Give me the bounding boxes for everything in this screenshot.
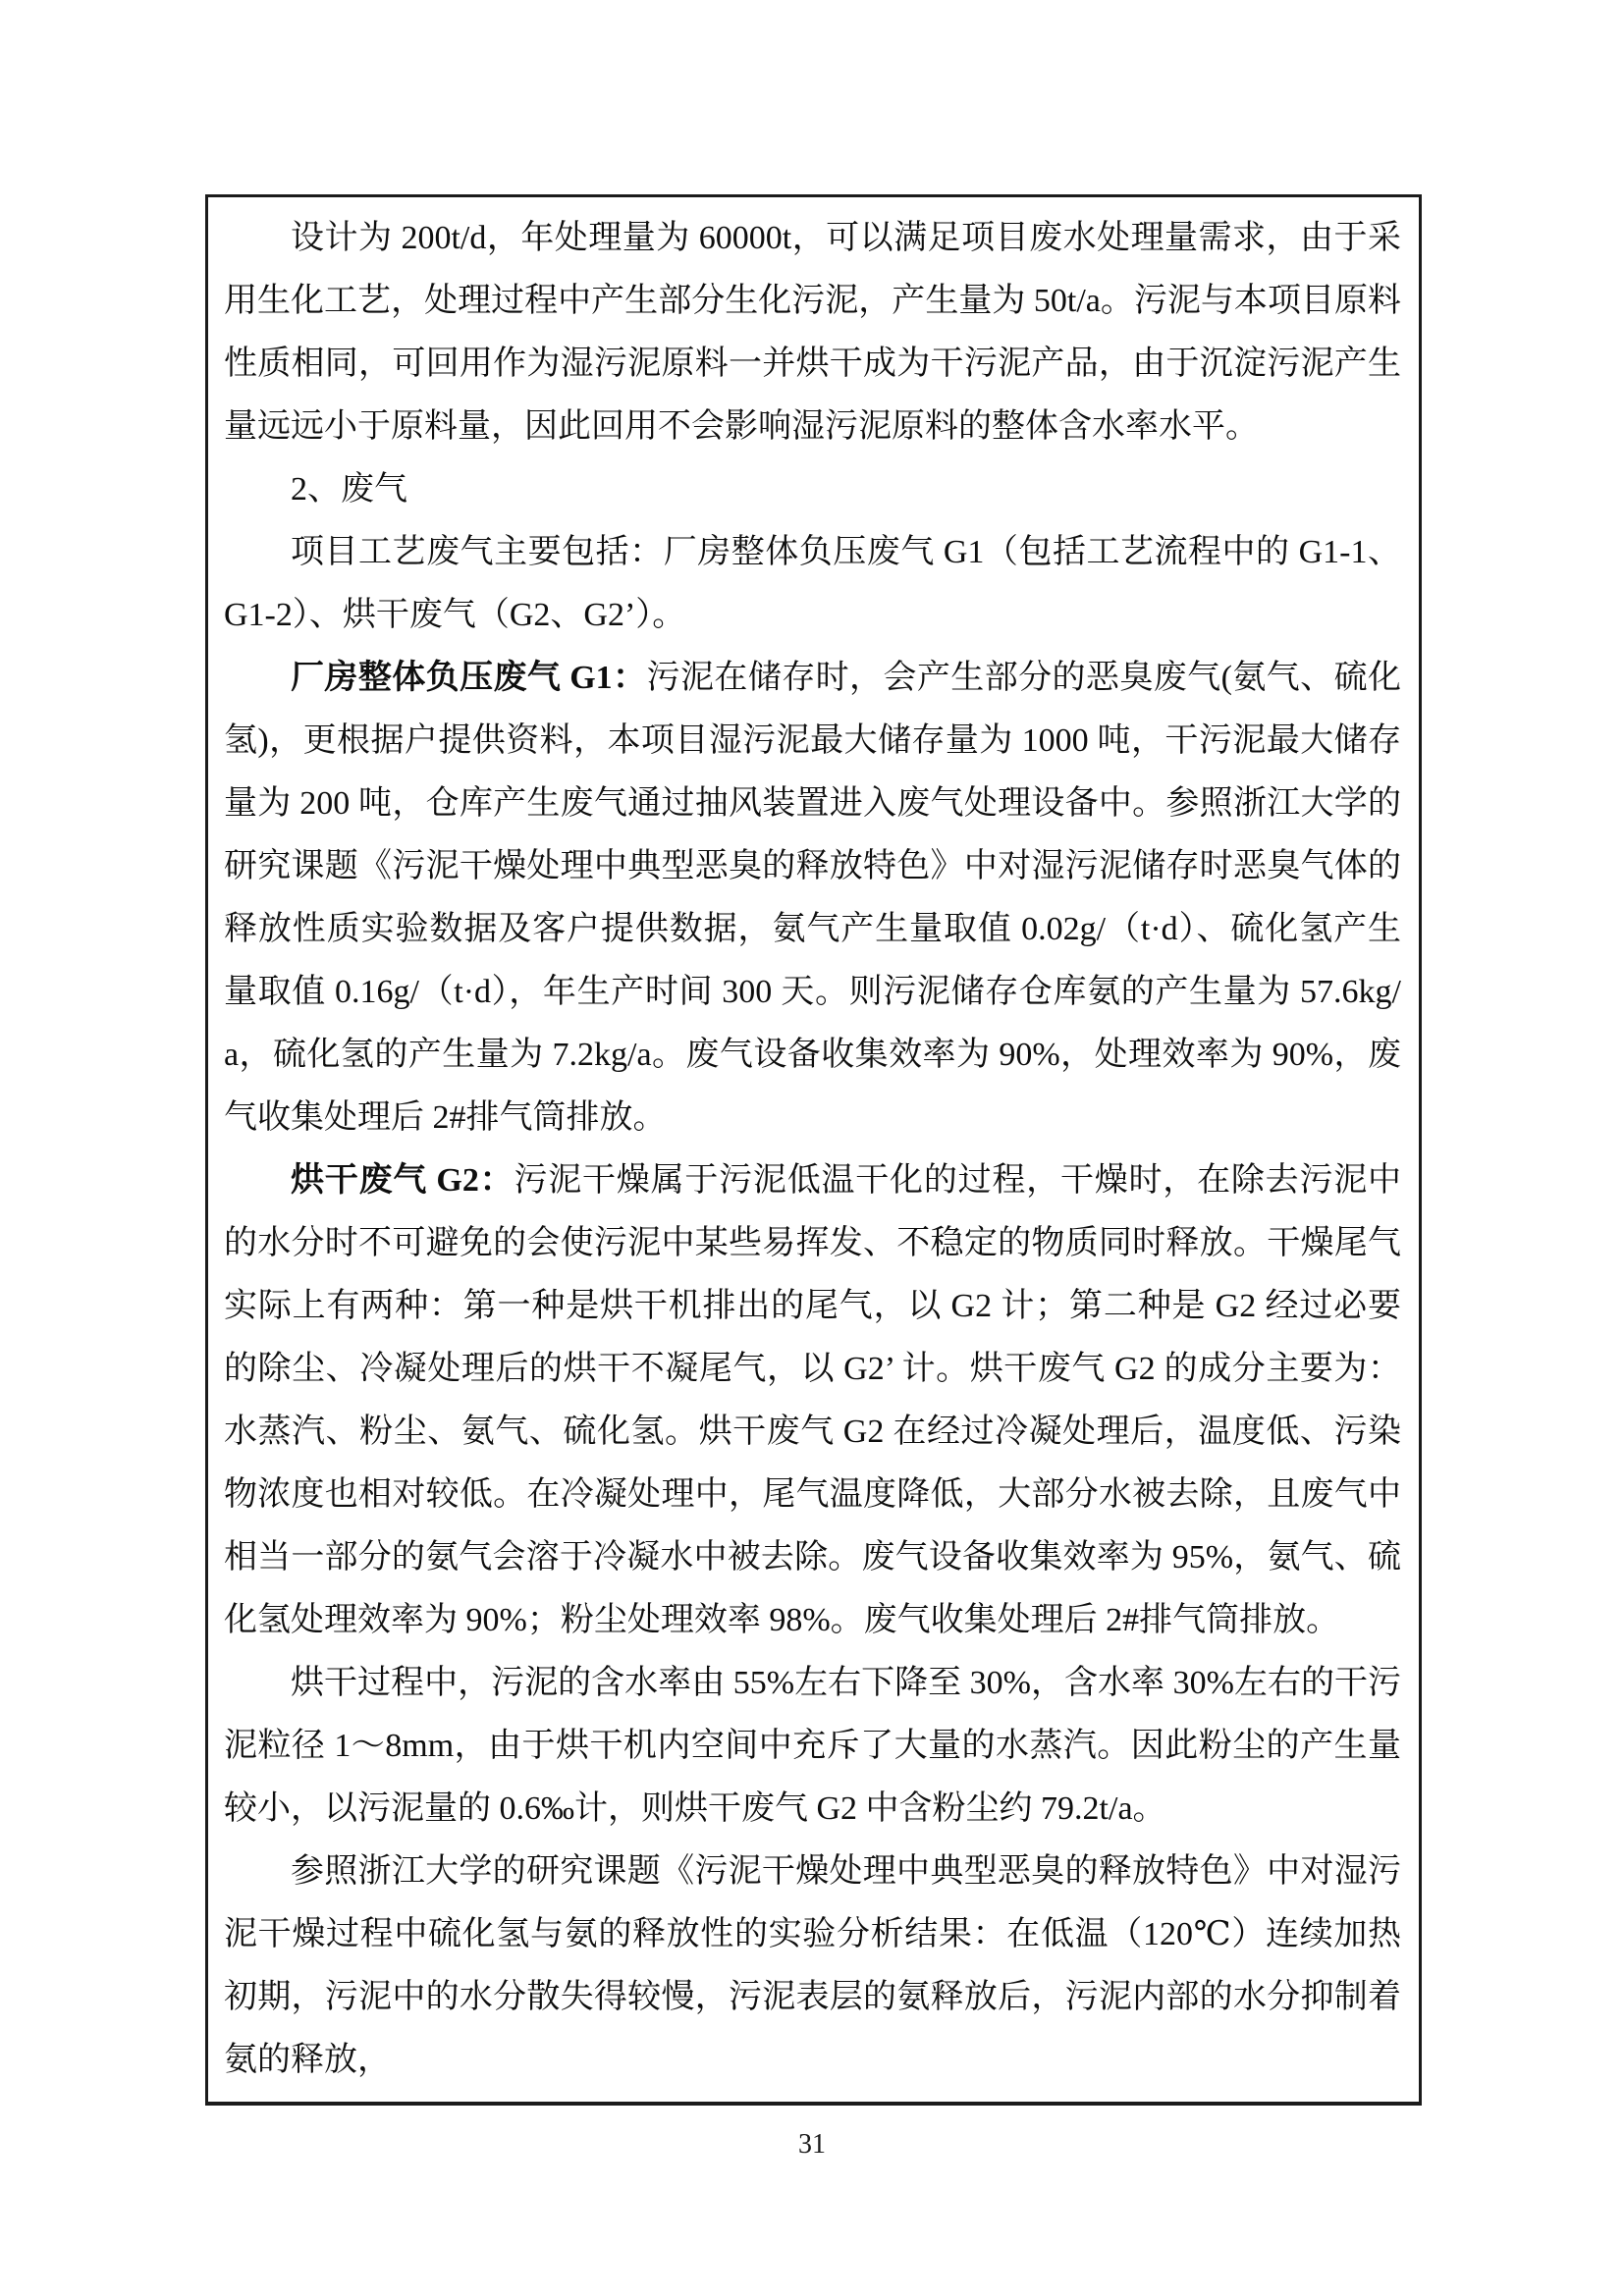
- paragraph-lead-g2: 烘干废气 G2：: [291, 1162, 514, 1199]
- report-text-cell: 设计为 200t/d，年处理量为 60000t，可以满足项目废水处理量需求，由于…: [205, 194, 1422, 2106]
- paragraph-text: 污泥干燥属于污泥低温干化的过程，干燥时，在除去污泥中的水分时不可避免的会使污泥中…: [224, 1162, 1401, 1638]
- paragraph-lead-g1: 厂房整体负压废气 G1：: [291, 660, 647, 696]
- paragraph-text: 项目工艺废气主要包括：厂房整体负压废气 G1（包括工艺流程中的 G1-1、G1-…: [224, 534, 1401, 633]
- paragraph-text: 2、废气: [291, 471, 407, 507]
- paragraph-design-capacity: 设计为 200t/d，年处理量为 60000t，可以满足项目废水处理量需求，由于…: [224, 207, 1401, 458]
- paragraph-waste-gas-heading: 2、废气: [224, 458, 1401, 521]
- paragraph-text: 污泥在储存时，会产生部分的恶臭废气(氨气、硫化氢)，更根据户提供资料，本项目湿污…: [224, 660, 1401, 1136]
- page-number: 31: [0, 2128, 1624, 2162]
- paragraph-text: 烘干过程中，污泥的含水率由 55%左右下降至 30%，含水率 30%左右的干污泥…: [224, 1665, 1401, 1827]
- paragraph-g2-drying-gas: 烘干废气 G2：污泥干燥属于污泥低温干化的过程，干燥时，在除去污泥中的水分时不可…: [224, 1149, 1401, 1652]
- document-page: 设计为 200t/d，年处理量为 60000t，可以满足项目废水处理量需求，由于…: [0, 0, 1624, 2296]
- paragraph-text: 参照浙江大学的研究课题《污泥干燥处理中典型恶臭的释放特色》中对湿污泥干燥过程中硫…: [224, 1853, 1401, 2078]
- paragraph-gas-overview: 项目工艺废气主要包括：厂房整体负压废气 G1（包括工艺流程中的 G1-1、G1-…: [224, 521, 1401, 647]
- paragraph-text: 设计为 200t/d，年处理量为 60000t，可以满足项目废水处理量需求，由于…: [224, 220, 1401, 445]
- paragraph-g1-negative-pressure: 厂房整体负压废气 G1：污泥在储存时，会产生部分的恶臭废气(氨气、硫化氢)，更根…: [224, 647, 1401, 1149]
- paragraph-drying-dust: 烘干过程中，污泥的含水率由 55%左右下降至 30%，含水率 30%左右的干污泥…: [224, 1652, 1401, 1841]
- paragraph-zhejiang-study: 参照浙江大学的研究课题《污泥干燥处理中典型恶臭的释放特色》中对湿污泥干燥过程中硫…: [224, 1841, 1401, 2092]
